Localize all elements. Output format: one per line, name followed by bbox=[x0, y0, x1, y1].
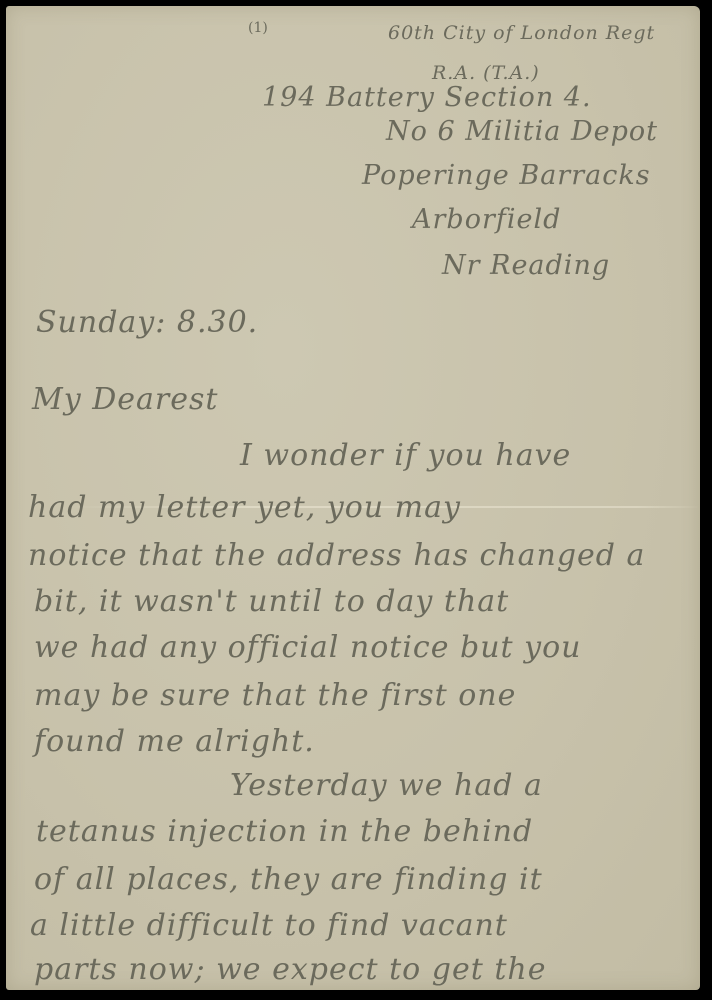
body-line: we had any official notice but you bbox=[34, 630, 581, 665]
address-line-town: Arborfield bbox=[412, 204, 561, 235]
address-line-barracks: Poperinge Barracks bbox=[362, 160, 651, 191]
body-line: parts now; we expect to get the bbox=[34, 952, 546, 987]
body-line: had my letter yet, you may bbox=[28, 490, 461, 525]
address-line-depot: No 6 Militia Depot bbox=[386, 116, 658, 147]
address-line-insert: R.A. (T.A.) bbox=[432, 62, 540, 84]
body-line: bit, it wasn't until to day that bbox=[34, 584, 509, 619]
address-line-regiment: 60th City of London Regt bbox=[388, 22, 655, 44]
page-number-marker: (1) bbox=[248, 20, 268, 36]
address-line-battery: 194 Battery Section 4. bbox=[262, 82, 592, 113]
body-line: may be sure that the first one bbox=[34, 678, 516, 713]
salutation: My Dearest bbox=[32, 382, 218, 417]
dateline: Sunday: 8.30. bbox=[36, 305, 258, 340]
body-line: notice that the address has changed a bbox=[28, 538, 645, 573]
body-line: a little difficult to find vacant bbox=[30, 908, 508, 943]
body-line: I wonder if you have bbox=[240, 438, 571, 473]
body-line: of all places, they are finding it bbox=[34, 862, 543, 897]
body-line: Yesterday we had a bbox=[230, 768, 543, 803]
body-line: found me alright. bbox=[34, 724, 315, 759]
address-line-county: Nr Reading bbox=[442, 250, 610, 281]
body-line: tetanus injection in the behind bbox=[36, 814, 533, 849]
